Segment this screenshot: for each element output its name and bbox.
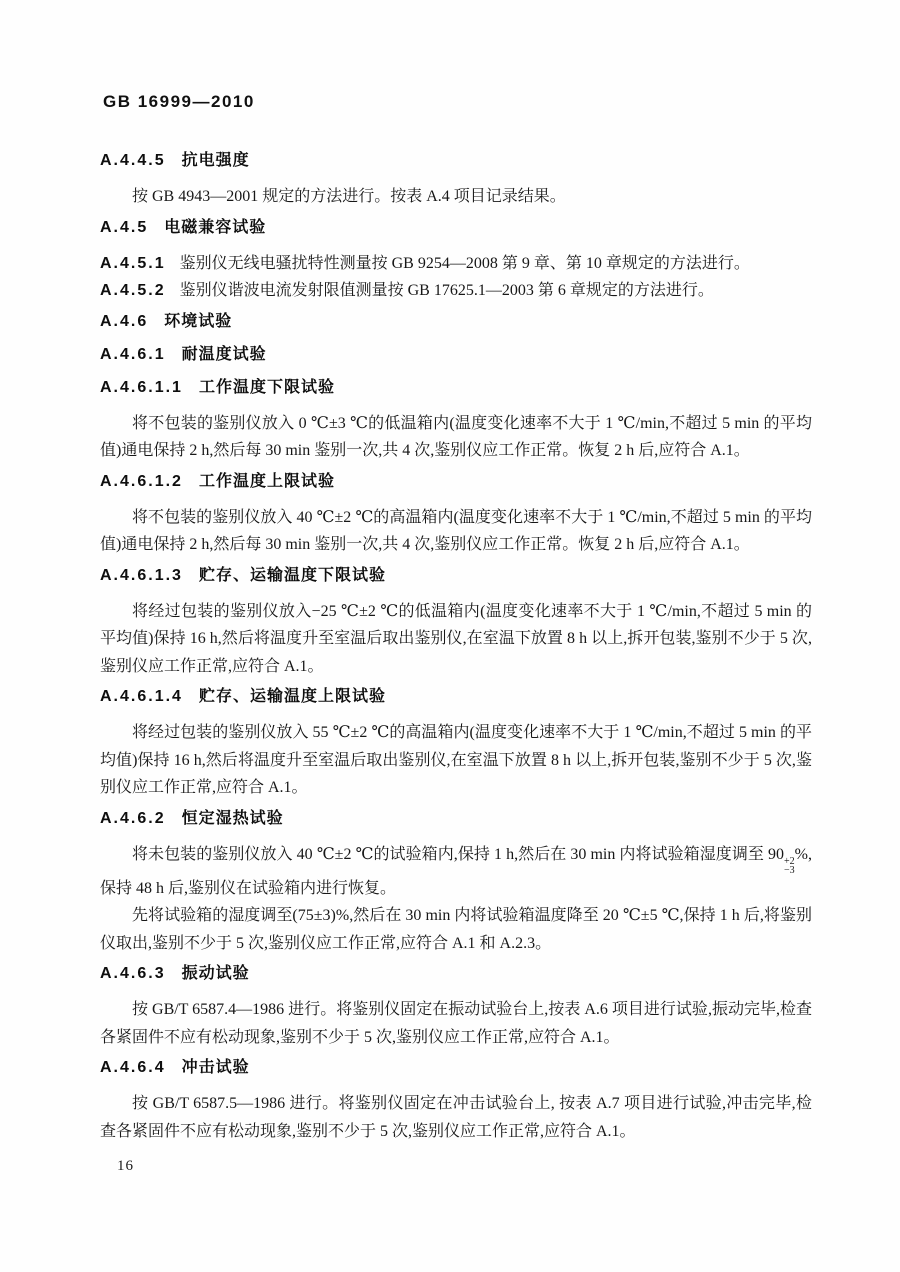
clause-title: 冲击试验 [182, 1059, 250, 1076]
clause-number: A.4.6.2 [100, 810, 166, 827]
standard-number-header: GB 16999—2010 [103, 92, 255, 112]
section-heading: A.4.6.3振动试验 [100, 963, 812, 985]
section-heading: A.4.5电磁兼容试验 [100, 217, 812, 239]
clause-number: A.4.6.1.4 [100, 688, 183, 705]
clause-title: 工作温度上限试验 [199, 473, 335, 490]
paragraph: 按 GB/T 6587.4—1986 进行。将鉴别仪固定在振动试验台上,按表 A… [100, 996, 812, 1051]
paragraph: 将不包装的鉴别仪放入 0 ℃±3 ℃的低温箱内(温度变化速率不大于 1 ℃/mi… [100, 410, 812, 465]
clause-title: 贮存、运输温度上限试验 [199, 688, 386, 705]
paragraph: 按 GB 4943—2001 规定的方法进行。按表 A.4 项目记录结果。 [100, 183, 812, 211]
tolerance-supsub: +2−3 [784, 857, 795, 875]
clause-number: A.4.6.1.2 [100, 473, 183, 490]
clause-number: A.4.6.4 [100, 1059, 166, 1076]
clause-title: 振动试验 [182, 965, 250, 982]
clause-number: A.4.5.2 [100, 282, 166, 299]
section-heading: A.4.6.2恒定湿热试验 [100, 808, 812, 830]
paragraph: 先将试验箱的湿度调至(75±3)%,然后在 30 min 内将试验箱温度降至 2… [100, 902, 812, 957]
paragraph: 将未包装的鉴别仪放入 40 ℃±2 ℃的试验箱内,保持 1 h,然后在 30 m… [100, 841, 812, 903]
paragraph: 将不包装的鉴别仪放入 40 ℃±2 ℃的高温箱内(温度变化速率不大于 1 ℃/m… [100, 504, 812, 559]
section-heading: A.4.6.1.4贮存、运输温度上限试验 [100, 686, 812, 708]
clause-paragraph: A.4.5.1鉴别仪无线电骚扰特性测量按 GB 9254—2008 第 9 章、… [100, 250, 812, 278]
section-heading: A.4.6.4冲击试验 [100, 1057, 812, 1079]
clause-number: A.4.6 [100, 313, 148, 330]
clause-number: A.4.4.5 [100, 152, 166, 169]
clause-paragraph: A.4.5.2鉴别仪谐波电流发射限值测量按 GB 17625.1—2003 第 … [100, 277, 812, 305]
content: A.4.4.5抗电强度按 GB 4943—2001 规定的方法进行。按表 A.4… [100, 144, 812, 1145]
paragraph: 将经过包装的鉴别仪放入 55 ℃±2 ℃的高温箱内(温度变化速率不大于 1 ℃/… [100, 719, 812, 802]
clause-number: A.4.5.1 [100, 255, 166, 272]
clause-title: 环境试验 [164, 313, 232, 330]
section-heading: A.4.6.1.2工作温度上限试验 [100, 471, 812, 493]
section-heading: A.4.6.1耐温度试验 [100, 344, 812, 366]
clause-number: A.4.6.1 [100, 346, 166, 363]
page-number: 16 [117, 1158, 134, 1175]
clause-title: 贮存、运输温度下限试验 [199, 567, 386, 584]
clause-title: 工作温度下限试验 [199, 379, 335, 396]
section-heading: A.4.6环境试验 [100, 311, 812, 333]
paragraph: 将经过包装的鉴别仪放入−25 ℃±2 ℃的低温箱内(温度变化速率不大于 1 ℃/… [100, 598, 812, 681]
clause-number: A.4.6.3 [100, 965, 166, 982]
section-heading: A.4.6.1.3贮存、运输温度下限试验 [100, 565, 812, 587]
section-heading: A.4.4.5抗电强度 [100, 150, 812, 172]
paragraph: 按 GB/T 6587.5—1986 进行。将鉴别仪固定在冲击试验台上, 按表 … [100, 1090, 812, 1145]
document-page: GB 16999—2010 A.4.4.5抗电强度按 GB 4943—2001 … [0, 0, 900, 1272]
clause-title: 抗电强度 [182, 152, 250, 169]
clause-number: A.4.5 [100, 219, 148, 236]
clause-number: A.4.6.1.3 [100, 567, 183, 584]
clause-title: 恒定湿热试验 [182, 810, 284, 827]
clause-number: A.4.6.1.1 [100, 379, 183, 396]
clause-title: 电磁兼容试验 [164, 219, 266, 236]
section-heading: A.4.6.1.1工作温度下限试验 [100, 377, 812, 399]
clause-title: 耐温度试验 [182, 346, 267, 363]
